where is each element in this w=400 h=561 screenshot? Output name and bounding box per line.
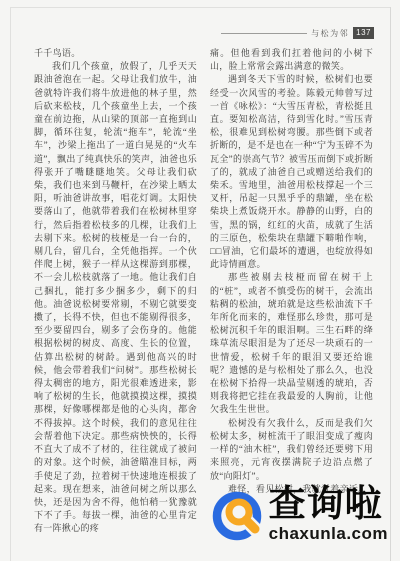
scanned-book-page: 与松为邻 137 千千鸟语。 我们几个孩童，放假了，几乎天天跟油爸泡在一起。父母… <box>0 0 400 561</box>
watermark-text: 查询啦 chaxunla.com <box>269 485 388 543</box>
chaxunla-watermark: 查询啦 chaxunla.com <box>212 485 388 543</box>
paragraph-continuation: 痛。但他看到我们扛着他问的小树下山，脸上常常会露出满意的微笑。 <box>210 47 373 73</box>
paragraph: 那些被剔去枝桠而留在树干上的“桩”，或者不慎受伤的树干，会流出粘稠的松油，琥珀就… <box>210 271 373 416</box>
brand-name: 查询啦 <box>269 485 388 525</box>
scan-edge-right <box>390 7 391 561</box>
scan-edge-left <box>10 7 11 561</box>
paragraph: 遇到冬天下雪的时候，松树们也要经受一次风雪的考验。陈毅元帅曾写过一首《咏松》：“… <box>210 73 373 271</box>
running-header: 与松为邻 137 <box>221 27 374 39</box>
left-column: 千千鸟语。 我们几个孩童，放假了，几乎天天跟油爸泡在一起。父母让我们放牛，油爸就… <box>34 47 197 536</box>
header-rule <box>221 33 307 34</box>
scan-edge-top <box>10 7 391 8</box>
paragraph: 我们几个孩童，放假了，几乎天天跟油爸泡在一起。父母让我们放牛，油爸就特许我们将牛… <box>34 60 197 535</box>
page-number-badge: 137 <box>353 27 374 39</box>
chapter-title: 与松为邻 <box>311 28 349 39</box>
magnifier-logo-icon <box>212 487 266 541</box>
paragraph-continuation: 千千鸟语。 <box>34 47 197 60</box>
right-column: 痛。但他看到我们扛着他问的小树下山，脸上常常会露出满意的微笑。 遇到冬天下雪的时… <box>210 47 373 536</box>
article-body: 千千鸟语。 我们几个孩童，放假了，几乎天天跟油爸泡在一起。父母让我们放牛，油爸就… <box>34 47 373 536</box>
brand-domain: chaxunla.com <box>269 525 388 543</box>
paragraph: 松树没有欠我什么，反而是我们欠松树太多，树桩流干了眼泪变成了瘦肉一样的“油木桩”… <box>210 417 373 483</box>
